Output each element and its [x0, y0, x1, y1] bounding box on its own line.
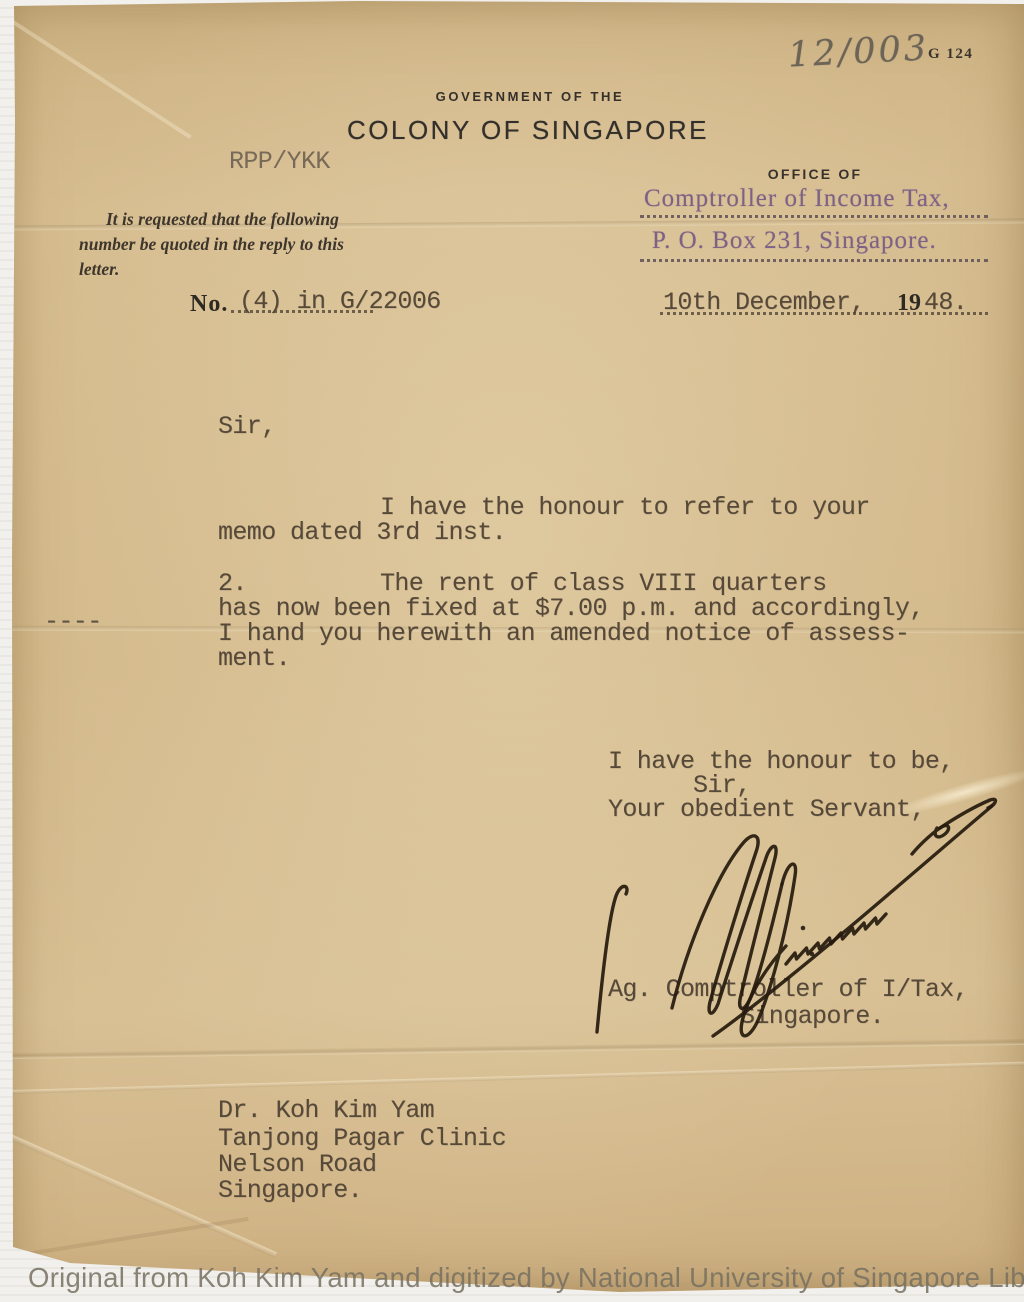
recipient-road: Nelson Road	[218, 1150, 376, 1179]
quote-note-line3: letter.	[79, 259, 119, 280]
recipient-name: Dr. Koh Kim Yam	[218, 1096, 434, 1125]
handwritten-file-number: 12/003	[787, 28, 930, 75]
scanned-letter-page: { "annotations": { "handwritten_file_num…	[0, 0, 1024, 1302]
quote-note-line1: It is requested that the following	[106, 209, 339, 230]
number-label: No.	[190, 291, 228, 318]
wrinkle-bottom-left-2	[0, 1217, 249, 1263]
form-code: G 124	[928, 46, 973, 63]
dotted-rule-office-name	[640, 215, 988, 218]
recipient-clinic: Tanjong Pagar Clinic	[218, 1124, 506, 1153]
office-name-stamp: Comptroller of Income Tax,	[644, 185, 950, 213]
wrinkle-top-left	[0, 5, 192, 139]
colony-line: COLONY OF SINGAPORE	[338, 115, 718, 146]
office-of-label: OFFICE OF	[700, 166, 930, 182]
margin-mark: ----	[44, 607, 102, 636]
dotted-rule-po-box	[640, 259, 988, 262]
fold-crease-lower-2	[0, 1062, 1024, 1095]
government-line: GOVERNMENT OF THE	[380, 89, 680, 104]
para2-line3: I hand you herewith an amended notice of…	[218, 619, 909, 648]
office-po-box-stamp: P. O. Box 231, Singapore.	[652, 227, 937, 255]
dotted-rule-date	[660, 312, 988, 315]
letter-paper: 12/003 G 124 GOVERNMENT OF THE COLONY OF…	[0, 0, 1024, 1302]
signature-ink	[560, 788, 1020, 1054]
number-value: (4) in G/22006	[239, 287, 441, 316]
recipient-city: Singapore.	[218, 1176, 362, 1205]
closing-line1: I have the honour to be,	[608, 747, 954, 776]
quote-note-line2: number be quoted in the reply to this	[79, 234, 344, 255]
digitization-watermark: Original from Koh Kim Yam and digitized …	[28, 1262, 1024, 1294]
para2-line4: ment.	[218, 644, 290, 673]
typist-reference: RPP/YKK	[229, 147, 330, 176]
para1-line2: memo dated 3rd inst.	[218, 518, 506, 547]
salutation: Sir,	[218, 412, 276, 441]
